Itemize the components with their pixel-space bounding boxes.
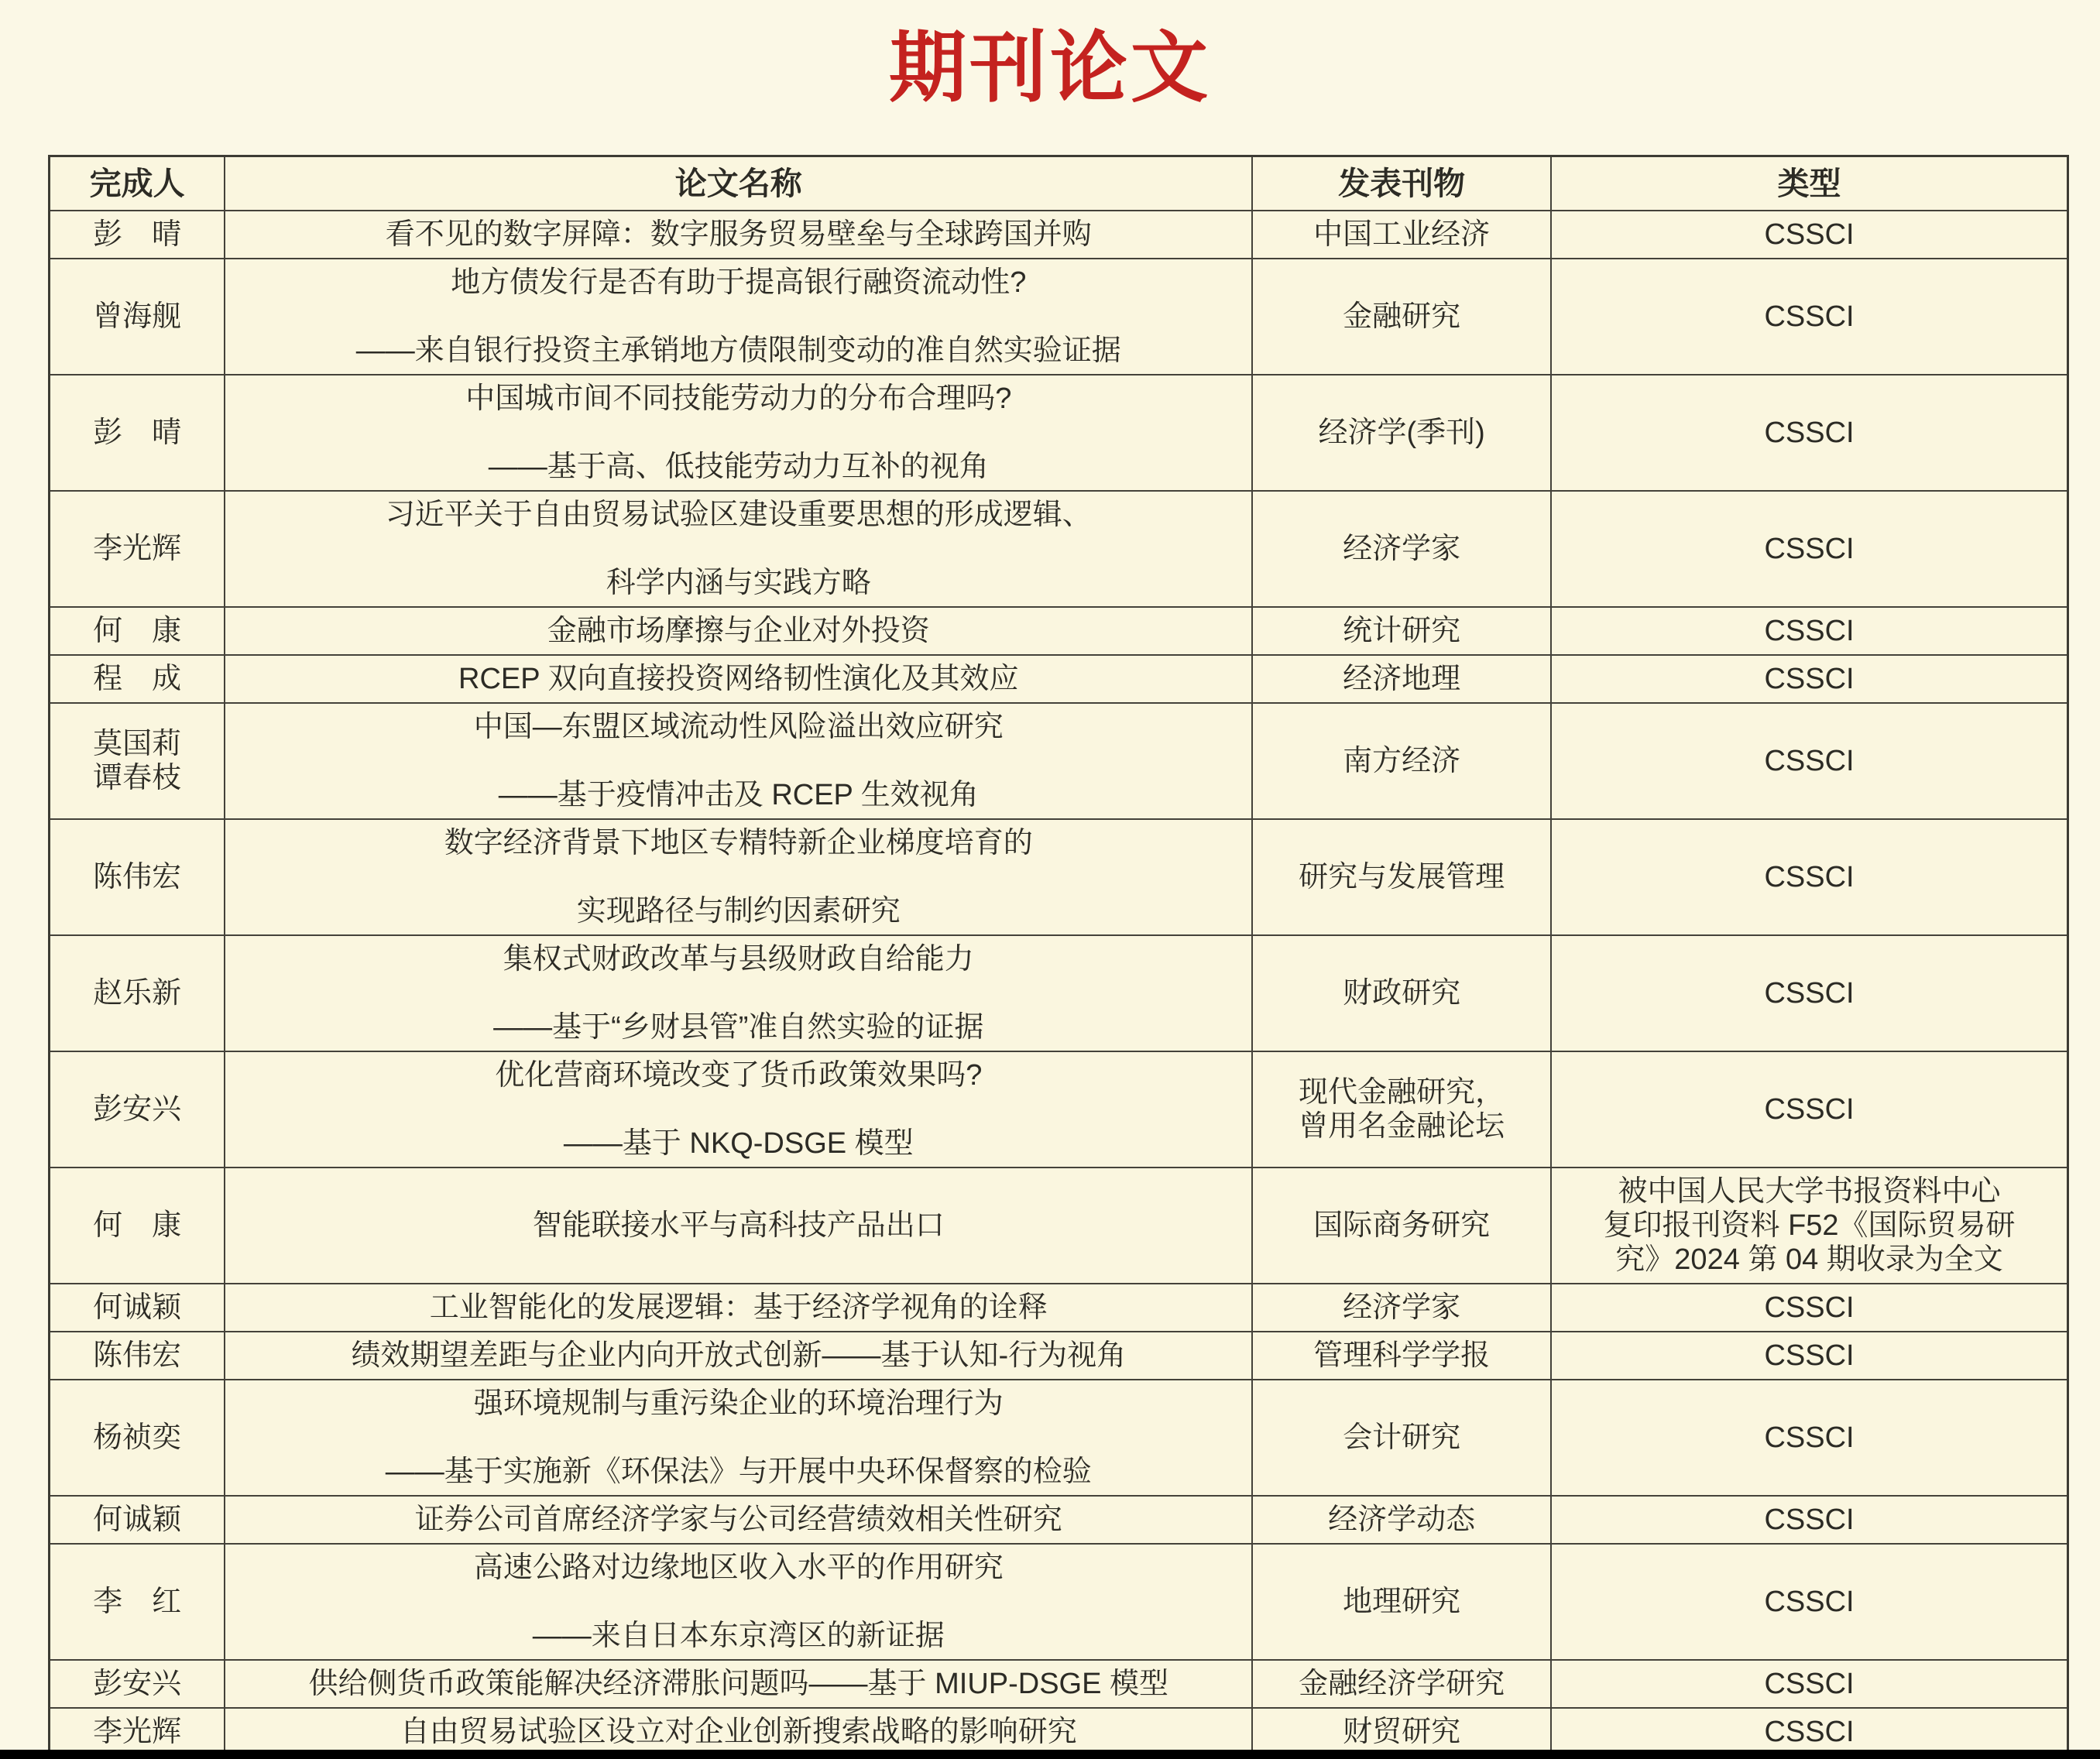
- type-cell: CSSCI: [1551, 607, 2067, 655]
- journal-cell: 研究与发展管理: [1252, 819, 1551, 935]
- type-cell: CSSCI: [1551, 1051, 2067, 1168]
- table-row: 彭 晴 看不见的数字屏障：数字服务贸易壁垒与全球跨国并购 中国工业经济 CSSC…: [50, 211, 2068, 259]
- author-cell: 何 康: [50, 1168, 225, 1284]
- journal-cell: 现代金融研究， 曾用名金融论坛: [1252, 1051, 1551, 1168]
- author-cell: 莫国莉 谭春枝: [50, 703, 225, 819]
- table-row: 陈伟宏 数字经济背景下地区专精特新企业梯度培育的 实现路径与制约因素研究 研究与…: [50, 819, 2068, 935]
- header-author: 完成人: [50, 156, 225, 211]
- author-cell: 何诚颖: [50, 1284, 225, 1332]
- journal-cell: 经济学家: [1252, 491, 1551, 607]
- table-row: 曾海舰 地方债发行是否有助于提高银行融资流动性? ——来自银行投资主承销地方债限…: [50, 259, 2068, 375]
- journal-cell: 经济地理: [1252, 655, 1551, 703]
- papers-table: 完成人 论文名称 发表刊物 类型 彭 晴 看不见的数字屏障：数字服务贸易壁垒与全…: [48, 155, 2069, 1757]
- header-paper-title: 论文名称: [225, 156, 1252, 211]
- type-cell: CSSCI: [1551, 1544, 2067, 1660]
- author-cell: 赵乐新: [50, 935, 225, 1051]
- table-row: 彭 晴 中国城市间不同技能劳动力的分布合理吗? ——基于高、低技能劳动力互补的视…: [50, 375, 2068, 491]
- author-cell: 彭安兴: [50, 1051, 225, 1168]
- table-row: 赵乐新 集权式财政改革与县级财政自给能力 ——基于“乡财县管”准自然实验的证据 …: [50, 935, 2068, 1051]
- journal-cell: 经济学(季刊): [1252, 375, 1551, 491]
- table-row: 李 红 高速公路对边缘地区收入水平的作用研究 ——来自日本东京湾区的新证据 地理…: [50, 1544, 2068, 1660]
- paper-title-cell: 金融市场摩擦与企业对外投资: [225, 607, 1252, 655]
- type-cell: CSSCI: [1551, 375, 2067, 491]
- paper-title-cell: 数字经济背景下地区专精特新企业梯度培育的 实现路径与制约因素研究: [225, 819, 1252, 935]
- type-cell: CSSCI: [1551, 703, 2067, 819]
- paper-title-cell: 地方债发行是否有助于提高银行融资流动性? ——来自银行投资主承销地方债限制变动的…: [225, 259, 1252, 375]
- author-cell: 李 红: [50, 1544, 225, 1660]
- paper-title-cell: 中国—东盟区域流动性风险溢出效应研究 ——基于疫情冲击及 RCEP 生效视角: [225, 703, 1252, 819]
- type-cell: CSSCI: [1551, 655, 2067, 703]
- journal-cell: 南方经济: [1252, 703, 1551, 819]
- author-cell: 程 成: [50, 655, 225, 703]
- type-cell: CSSCI: [1551, 935, 2067, 1051]
- journal-cell: 国际商务研究: [1252, 1168, 1551, 1284]
- type-cell: CSSCI: [1551, 491, 2067, 607]
- journal-cell: 金融经济学研究: [1252, 1660, 1551, 1708]
- table-row: 陈伟宏 绩效期望差距与企业内向开放式创新——基于认知-行为视角 管理科学学报 C…: [50, 1332, 2068, 1380]
- paper-title-cell: 供给侧货币政策能解决经济滞胀问题吗——基于 MIUP-DSGE 模型: [225, 1660, 1252, 1708]
- paper-title-cell: 智能联接水平与高科技产品出口: [225, 1168, 1252, 1284]
- author-cell: 陈伟宏: [50, 819, 225, 935]
- type-cell: CSSCI: [1551, 1496, 2067, 1544]
- table-row: 彭安兴 优化营商环境改变了货币政策效果吗? ——基于 NKQ-DSGE 模型 现…: [50, 1051, 2068, 1168]
- table-row: 何 康 金融市场摩擦与企业对外投资 统计研究 CSSCI: [50, 607, 2068, 655]
- page-title: 期刊论文: [0, 0, 2100, 115]
- table-row: 程 成 RCEP 双向直接投资网络韧性演化及其效应 经济地理 CSSCI: [50, 655, 2068, 703]
- journal-cell: 经济学家: [1252, 1284, 1551, 1332]
- table-row: 杨祯奕 强环境规制与重污染企业的环境治理行为 ——基于实施新《环保法》与开展中央…: [50, 1380, 2068, 1496]
- author-cell: 彭安兴: [50, 1660, 225, 1708]
- table-row: 何 康 智能联接水平与高科技产品出口 国际商务研究 被中国人民大学书报资料中心 …: [50, 1168, 2068, 1284]
- paper-title-cell: 优化营商环境改变了货币政策效果吗? ——基于 NKQ-DSGE 模型: [225, 1051, 1252, 1168]
- type-cell: CSSCI: [1551, 211, 2067, 259]
- footer-black-bar: [0, 1750, 2100, 1759]
- paper-title-cell: 看不见的数字屏障：数字服务贸易壁垒与全球跨国并购: [225, 211, 1252, 259]
- author-cell: 何 康: [50, 607, 225, 655]
- author-cell: 彭 晴: [50, 211, 225, 259]
- paper-title-cell: 集权式财政改革与县级财政自给能力 ——基于“乡财县管”准自然实验的证据: [225, 935, 1252, 1051]
- type-cell: 被中国人民大学书报资料中心 复印报刊资料 F52《国际贸易研 究》2024 第 …: [1551, 1168, 2067, 1284]
- paper-title-cell: 习近平关于自由贸易试验区建设重要思想的形成逻辑、 科学内涵与实践方略: [225, 491, 1252, 607]
- table-row: 莫国莉 谭春枝 中国—东盟区域流动性风险溢出效应研究 ——基于疫情冲击及 RCE…: [50, 703, 2068, 819]
- table-row: 何诚颖 工业智能化的发展逻辑：基于经济学视角的诠释 经济学家 CSSCI: [50, 1284, 2068, 1332]
- author-cell: 李光辉: [50, 491, 225, 607]
- table-row: 何诚颖 证券公司首席经济学家与公司经营绩效相关性研究 经济学动态 CSSCI: [50, 1496, 2068, 1544]
- journal-cell: 财政研究: [1252, 935, 1551, 1051]
- table-body: 彭 晴 看不见的数字屏障：数字服务贸易壁垒与全球跨国并购 中国工业经济 CSSC…: [50, 211, 2068, 1757]
- paper-title-cell: 高速公路对边缘地区收入水平的作用研究 ——来自日本东京湾区的新证据: [225, 1544, 1252, 1660]
- author-cell: 曾海舰: [50, 259, 225, 375]
- paper-title-cell: 工业智能化的发展逻辑：基于经济学视角的诠释: [225, 1284, 1252, 1332]
- author-cell: 杨祯奕: [50, 1380, 225, 1496]
- journal-cell: 经济学动态: [1252, 1496, 1551, 1544]
- type-cell: CSSCI: [1551, 1284, 2067, 1332]
- journal-cell: 统计研究: [1252, 607, 1551, 655]
- table-header-row: 完成人 论文名称 发表刊物 类型: [50, 156, 2068, 211]
- journal-cell: 金融研究: [1252, 259, 1551, 375]
- journal-cell: 管理科学学报: [1252, 1332, 1551, 1380]
- author-cell: 彭 晴: [50, 375, 225, 491]
- table-row: 彭安兴 供给侧货币政策能解决经济滞胀问题吗——基于 MIUP-DSGE 模型 金…: [50, 1660, 2068, 1708]
- type-cell: CSSCI: [1551, 1660, 2067, 1708]
- type-cell: CSSCI: [1551, 819, 2067, 935]
- paper-title-cell: 证券公司首席经济学家与公司经营绩效相关性研究: [225, 1496, 1252, 1544]
- author-cell: 何诚颖: [50, 1496, 225, 1544]
- paper-title-cell: 绩效期望差距与企业内向开放式创新——基于认知-行为视角: [225, 1332, 1252, 1380]
- type-cell: CSSCI: [1551, 259, 2067, 375]
- type-cell: CSSCI: [1551, 1380, 2067, 1496]
- header-journal: 发表刊物: [1252, 156, 1551, 211]
- journal-cell: 会计研究: [1252, 1380, 1551, 1496]
- header-type: 类型: [1551, 156, 2067, 211]
- type-cell: CSSCI: [1551, 1332, 2067, 1380]
- author-cell: 陈伟宏: [50, 1332, 225, 1380]
- paper-title-cell: RCEP 双向直接投资网络韧性演化及其效应: [225, 655, 1252, 703]
- journal-cell: 地理研究: [1252, 1544, 1551, 1660]
- paper-title-cell: 中国城市间不同技能劳动力的分布合理吗? ——基于高、低技能劳动力互补的视角: [225, 375, 1252, 491]
- table-row: 李光辉 习近平关于自由贸易试验区建设重要思想的形成逻辑、 科学内涵与实践方略 经…: [50, 491, 2068, 607]
- journal-cell: 中国工业经济: [1252, 211, 1551, 259]
- paper-title-cell: 强环境规制与重污染企业的环境治理行为 ——基于实施新《环保法》与开展中央环保督察…: [225, 1380, 1252, 1496]
